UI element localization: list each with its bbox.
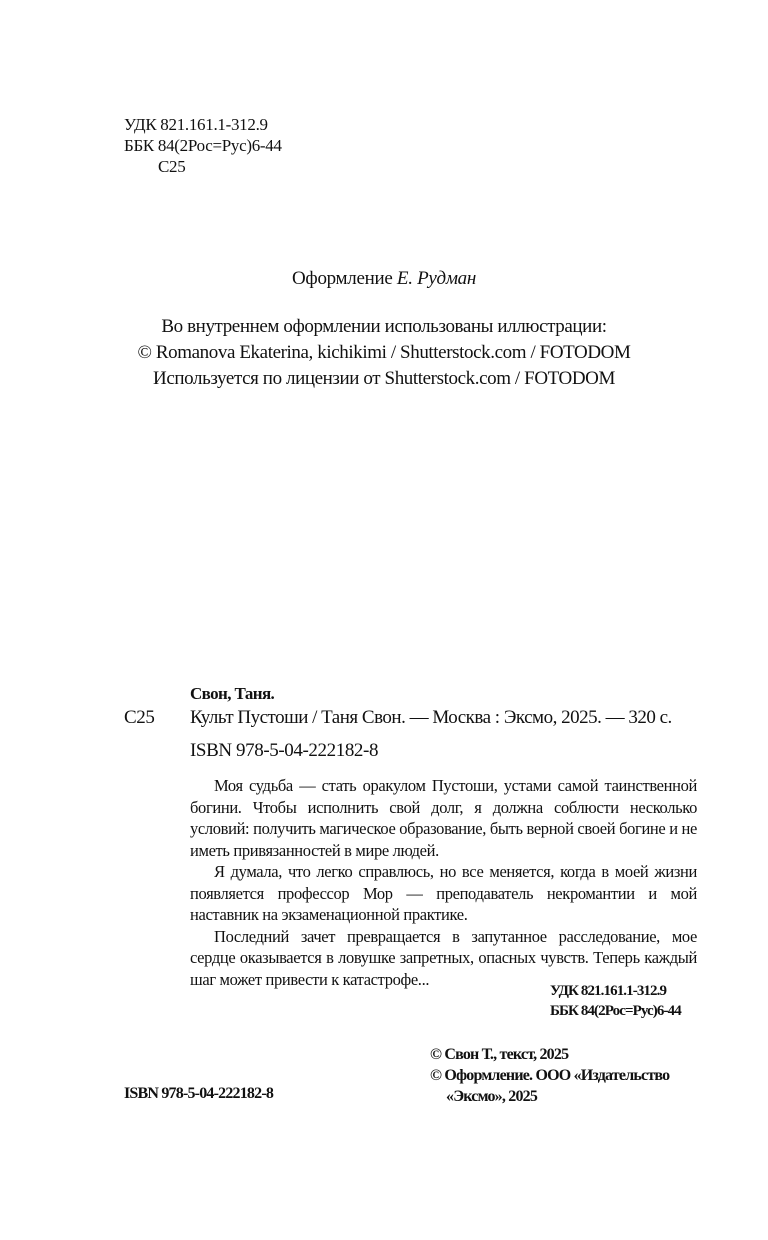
annotation: Моя судьба — стать оракулом Пустоши, уст…	[190, 775, 697, 990]
bib-isbn: ISBN 978-5-04-222182-8	[190, 740, 378, 762]
annotation-paragraph: Я думала, что легко справлюсь, но все ме…	[190, 861, 697, 926]
annotation-paragraph: Моя судьба — стать оракулом Пустоши, уст…	[190, 775, 697, 861]
copyright-publisher: «Эксмо», 2025	[430, 1086, 669, 1107]
illustrations-line-1: Во внутреннем оформлении использованы ил…	[0, 314, 768, 340]
bbk-code-bottom: ББК 84(2Рос=Рус)6-44	[550, 1001, 681, 1021]
illustrations-line-3: Используется по лицензии от Shutterstock…	[0, 366, 768, 392]
copyright-design: © Оформление. ООО «Издательство	[430, 1065, 669, 1086]
bib-author-sign: С25	[124, 707, 154, 729]
classification-block-top: УДК 821.161.1-312.9 ББК 84(2Рос=Рус)6-44…	[124, 114, 282, 177]
design-credit: Оформление Е. Рудман	[0, 268, 768, 290]
udk-code: УДК 821.161.1-312.9	[124, 114, 282, 135]
isbn-bottom: ISBN 978-5-04-222182-8	[124, 1085, 273, 1103]
illustrations-credit: Во внутреннем оформлении использованы ил…	[0, 314, 768, 392]
copyright-block: © Свон Т., текст, 2025 © Оформление. ООО…	[430, 1044, 669, 1107]
design-label: Оформление	[292, 268, 392, 289]
copyright-text: © Свон Т., текст, 2025	[430, 1044, 669, 1065]
bib-description: Культ Пустоши / Таня Свон. — Москва : Эк…	[190, 707, 672, 729]
designer-name: Е. Рудман	[397, 268, 476, 289]
udk-code-bottom: УДК 821.161.1-312.9	[550, 981, 681, 1001]
illustrations-line-2: © Romanova Ekaterina, kichikimi / Shutte…	[0, 340, 768, 366]
author-sign: С25	[124, 156, 282, 177]
bib-author: Свон, Таня.	[190, 684, 274, 704]
classification-block-bottom: УДК 821.161.1-312.9 ББК 84(2Рос=Рус)6-44	[550, 981, 681, 1021]
bbk-code: ББК 84(2Рос=Рус)6-44	[124, 135, 282, 156]
